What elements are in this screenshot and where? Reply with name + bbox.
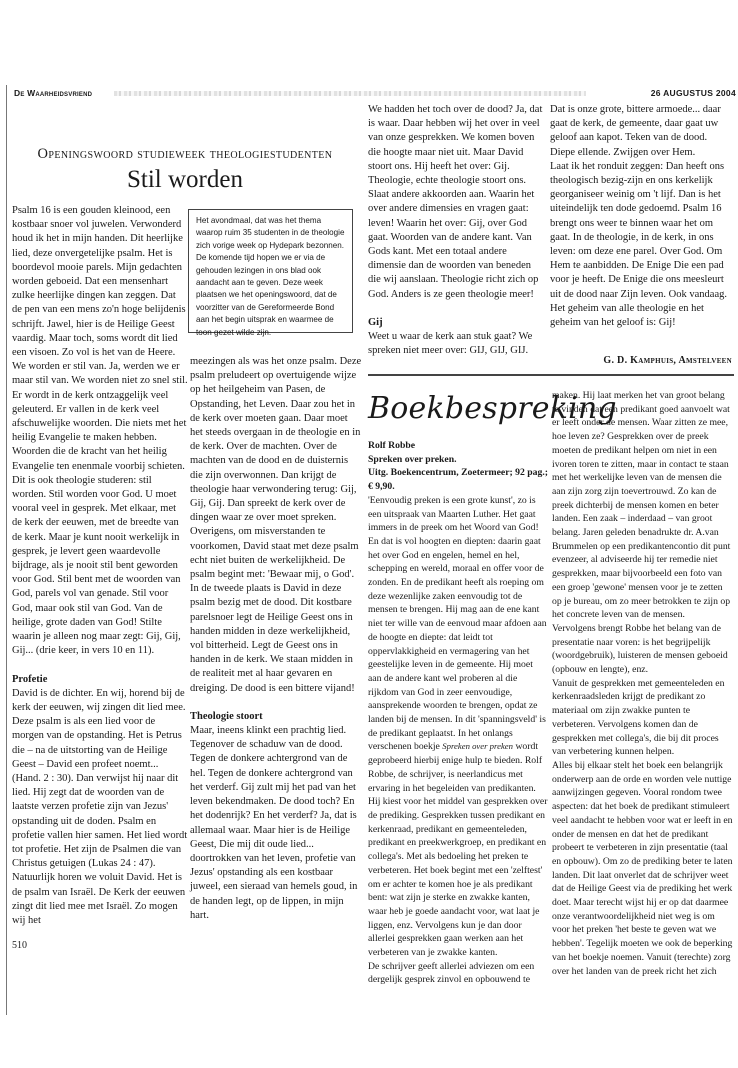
article-column-2: meezingen als was het onze psalm. Deze p… [190, 355, 362, 923]
book-author: Rolf Robbe [368, 439, 548, 453]
paragraph: Alles bij elkaar stelt het boek een bela… [552, 759, 734, 978]
paragraph-text: 'Eenvoudig preken is een grote kunst', z… [368, 495, 547, 753]
article-column-4: Dat is onze grote, bittere armoede... da… [550, 103, 732, 330]
paragraph: De schrijver geeft allerlei adviezen om … [368, 960, 548, 987]
paragraph: Vanuit de gesprekken met gemeenteleden e… [552, 677, 734, 759]
paragraph: maken. Hij laat merken het van groot bel… [552, 389, 734, 622]
article-kicker: Openingswoord studieweek theologiestuden… [10, 146, 360, 163]
running-header: De Waarheidsvriend 26 augustus 2004 [14, 88, 736, 100]
subheading-gij: Gij [368, 316, 546, 330]
book-title-inline: Spreken over preken [442, 741, 513, 751]
book-title: Spreken over preken. [368, 453, 548, 467]
article-title: Stil worden [10, 166, 360, 194]
paragraph: 'Eenvoudig preken is een grote kunst', z… [368, 494, 548, 960]
paragraph: We hadden het toch over de dood? Ja, dat… [368, 103, 546, 302]
header-decorative-bar [114, 91, 586, 96]
issue-date: 26 augustus 2004 [651, 88, 736, 98]
publication-name: De Waarheidsvriend [14, 88, 92, 98]
paragraph: Psalm 16 is een gouden kleinood, een kos… [12, 204, 188, 474]
article-column-1: Psalm 16 is een gouden kleinood, een kos… [12, 204, 188, 928]
paragraph: Vervolgens brengt Robbe het belang van d… [552, 622, 734, 677]
subheading-profetie: Profetie [12, 673, 188, 687]
book-publisher: Uitg. Boekencentrum, Zoetermeer; 92 pag.… [368, 466, 548, 493]
paragraph: Laat ik het ronduit zeggen: Dan heeft on… [550, 160, 732, 330]
article-column-3: We hadden het toch over de dood? Ja, dat… [368, 103, 546, 358]
intro-box: Het avondmaal, dat was het thema waarop … [188, 209, 353, 333]
paragraph: Dit is ook theologie studeren: stil word… [12, 474, 188, 659]
author-signature: G. D. Kamphuis, Amstelveen [550, 355, 732, 366]
review-column-2: maken. Hij laat merken het van groot bel… [552, 389, 734, 978]
section-divider [368, 374, 734, 376]
paragraph: meezingen als was het onze psalm. Deze p… [190, 355, 362, 525]
paragraph-text: wordt geprobeerd hierbij enige hulp te b… [368, 741, 547, 958]
paragraph: Dat is onze grote, bittere armoede... da… [550, 103, 732, 160]
subheading-theologie-stoort: Theologie stoort [190, 710, 362, 724]
paragraph: Weet u waar de kerk aan stuk gaat? We sp… [368, 330, 546, 358]
paragraph: David is de dichter. En wij, horend bij … [12, 687, 188, 928]
page-number: 510 [12, 940, 27, 951]
review-column-1: Rolf Robbe Spreken over preken. Uitg. Bo… [368, 439, 548, 987]
paragraph: Maar, ineens klinkt een prachtig lied. T… [190, 724, 362, 923]
paragraph: Overigens, om misverstanden te voorkomen… [190, 525, 362, 695]
page-edge-line [6, 85, 7, 1015]
